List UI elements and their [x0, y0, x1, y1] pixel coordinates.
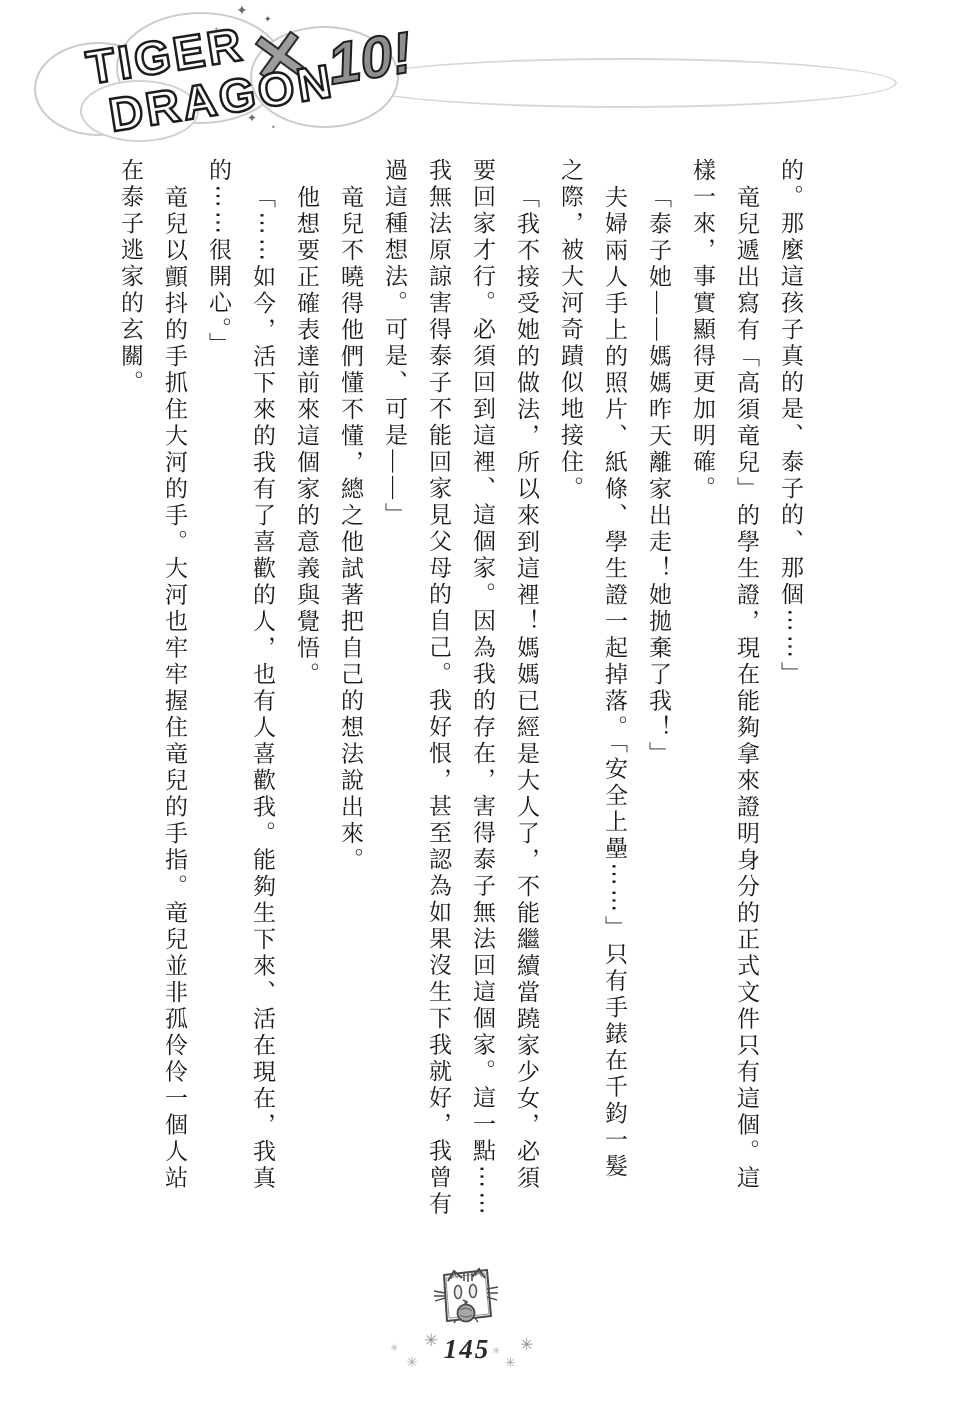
logo-volume-number: 10! — [324, 24, 416, 94]
sparkle-icon: ✳ — [520, 1337, 533, 1353]
text-column: 在泰子逃家的玄關。 — [108, 158, 152, 1263]
text-column: 樣一來，事實顯得更加明確。 — [680, 158, 724, 1263]
text-column: 「泰子她——媽媽昨天離家出走！她拋棄了我！」 — [636, 158, 680, 1290]
body-text: 的。那麼這孩子真的是、泰子的、那個⋯⋯」竜兒遞出寫有「高須竜兒」的學生證，現在能… — [108, 158, 812, 1263]
text-column: 「我不接受她的做法，所以來到這裡！媽媽已經是大人了，不能繼續當蹺家少女，必須 — [504, 158, 548, 1290]
tiger-dragon-logo: × TIGER DRAGON 10! ✦ ✦ ✦ • • — [28, 2, 918, 152]
text-column: 之際，被大河奇蹟似地接住。 — [548, 158, 592, 1263]
text-column: 夫婦兩人手上的照片、紙條、學生證一起掉落。「安全上壘⋯⋯」只有手錶在千鈞一髮 — [592, 158, 636, 1290]
cat-doodle-icon — [434, 1264, 498, 1336]
text-column: 的。那麼這孩子真的是、泰子的、那個⋯⋯」 — [768, 158, 812, 1263]
text-column: 我無法原諒害得泰子不能回家見父母的自己。我好恨，甚至認為如果沒生下我就好，我曾有 — [416, 158, 460, 1263]
sparkle-icon: ✦ — [236, 4, 248, 18]
text-column: 竜兒遞出寫有「高須竜兒」的學生證，現在能夠拿來證明身分的正式文件只有這個。這 — [724, 158, 768, 1290]
sparkle-icon: ✦ — [264, 16, 272, 25]
sparkle-icon: • — [271, 124, 276, 132]
sparkle-icon: ✳ — [505, 1357, 516, 1370]
sparkle-icon: • — [214, 26, 219, 34]
sparkle-icon: ✳ — [390, 1344, 398, 1354]
text-column: 竜兒以顫抖的手抓住大河的手。大河也牢牢握住竜兒的手指。竜兒並非孤伶伶一個人站 — [152, 158, 196, 1290]
cloud-tail-shape — [348, 58, 897, 108]
sparkle-icon: ✦ — [247, 112, 257, 124]
text-column: 他想要正確表達前來這個家的意義與覺悟。 — [284, 158, 328, 1290]
text-column: 過這種想法。可是、可是——」 — [372, 158, 416, 1263]
text-column: 的⋯⋯很開心。」 — [196, 158, 240, 1263]
text-column: 竜兒不曉得他們懂不懂，總之他試著把自己的想法說出來。 — [328, 158, 372, 1290]
text-column: 要回家才行。必須回到這裡、這個家。因為我的存在，害得泰子無法回這個家。這一點⋯⋯ — [460, 158, 504, 1263]
sparkle-icon: ✳ — [406, 1356, 418, 1370]
text-column: 「⋯⋯如今，活下來的我有了喜歡的人，也有人喜歡我。能夠生下來、活在現在，我真 — [240, 158, 284, 1290]
novel-page: × TIGER DRAGON 10! ✦ ✦ ✦ • • 的。那麼這孩子真的是、… — [0, 0, 960, 1411]
page-number: 145 — [430, 1334, 504, 1365]
